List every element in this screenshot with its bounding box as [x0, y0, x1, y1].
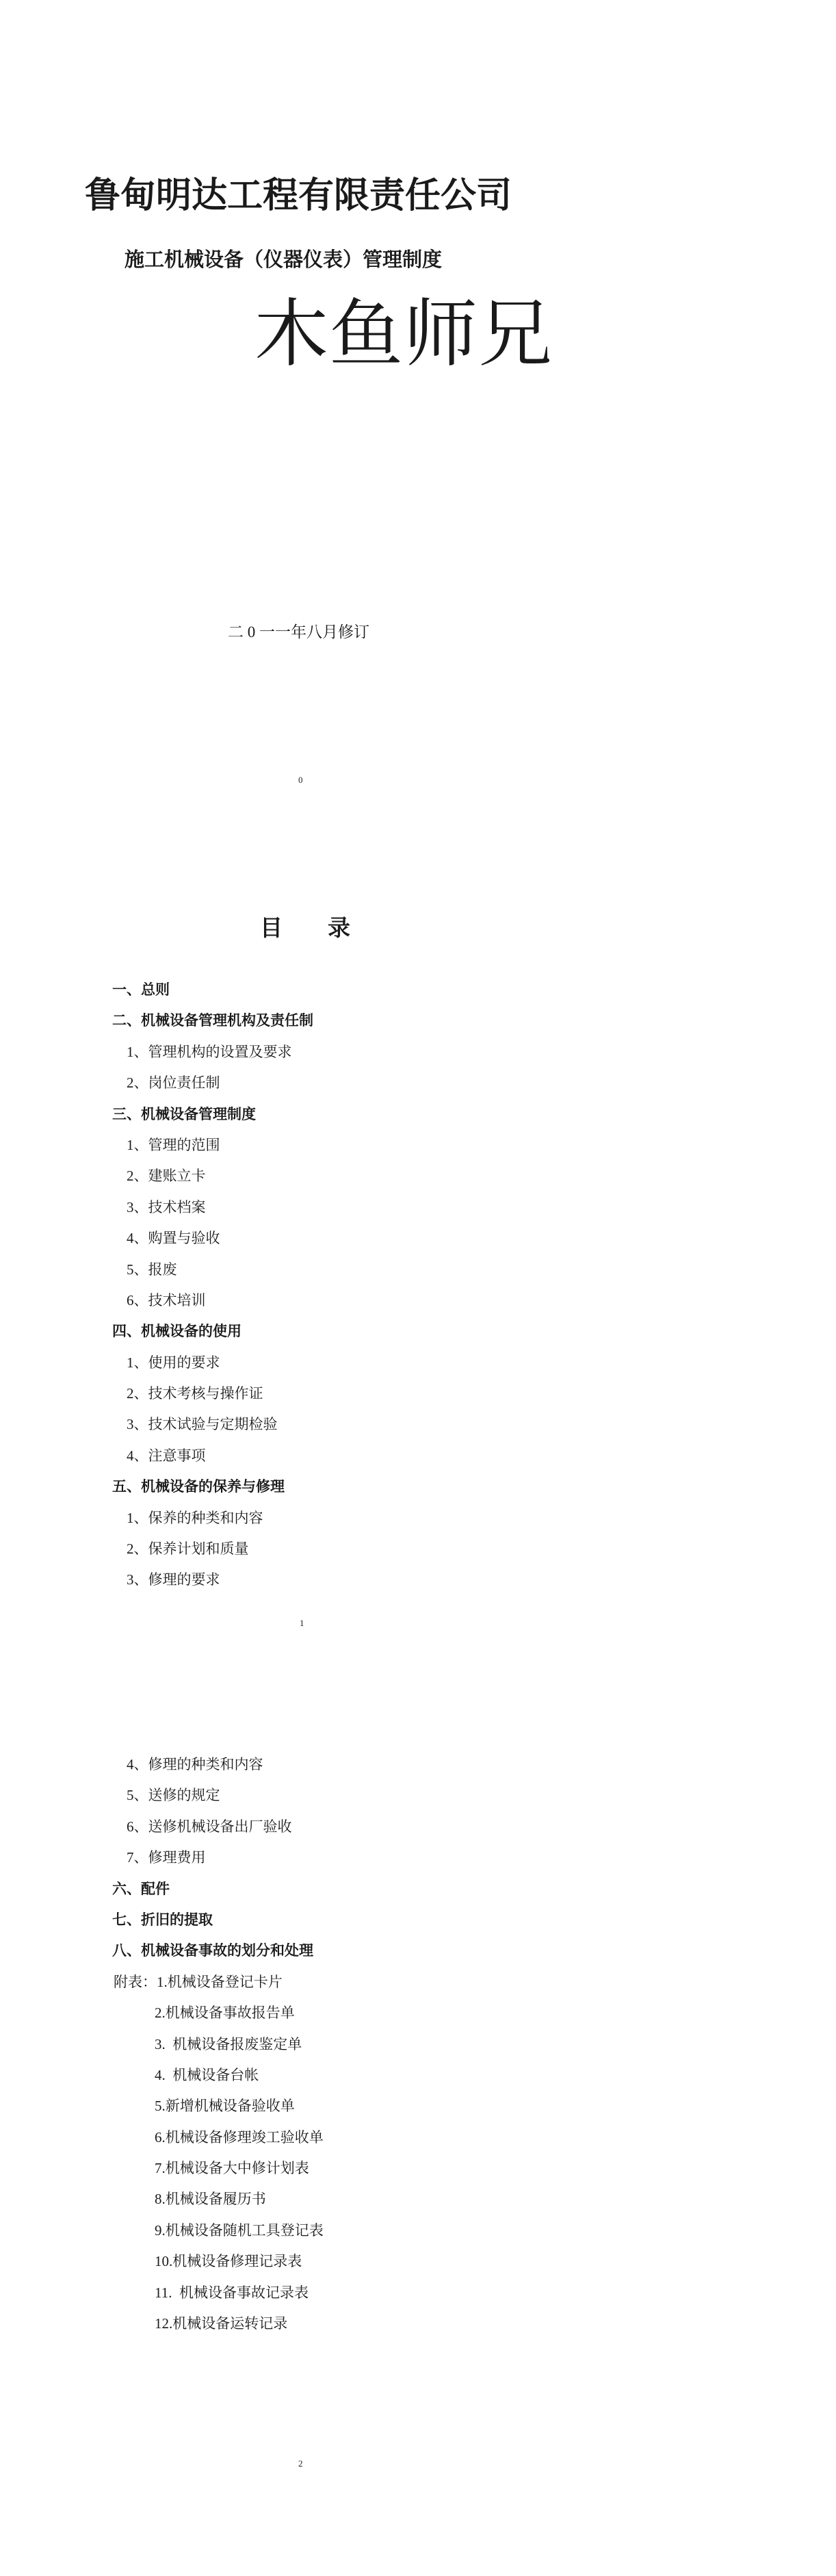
company-title: 鲁甸明达工程有限责任公司	[85, 166, 512, 218]
toc-item: 9.机械设备随机工具登记表	[0, 2215, 836, 2246]
toc-item: 4、购置与验收	[0, 1223, 836, 1254]
toc-item: 7.机械设备大中修计划表	[0, 2153, 836, 2184]
toc-item: 三、机械设备管理制度	[0, 1099, 836, 1130]
toc-item: 11. 机械设备事故记录表	[0, 2278, 836, 2308]
toc-item: 1、管理的范围	[0, 1130, 836, 1161]
toc-page2-list: 4、修理的种类和内容5、送修的规定6、送修机械设备出厂验收7、修理费用六、配件七…	[0, 1749, 836, 2339]
revision-date: 二 0 一一年八月修订	[228, 619, 369, 642]
toc-item: 10.机械设备修理记录表	[0, 2246, 836, 2277]
watermark-text: 木鱼师兄	[254, 294, 553, 374]
toc-item: 1、管理机构的设置及要求	[0, 1037, 836, 1068]
toc-item: 6、送修机械设备出厂验收	[0, 1812, 836, 1842]
toc-item: 12.机械设备运转记录	[0, 2308, 836, 2339]
toc-item: 6.机械设备修理竣工验收单	[0, 2122, 836, 2153]
toc-item: 1、保养的种类和内容	[0, 1503, 836, 1534]
toc-item: 5.新增机械设备验收单	[0, 2091, 836, 2122]
toc-heading: 目 录	[260, 910, 350, 942]
toc-item: 5、报废	[0, 1254, 836, 1285]
page-number-1: 1	[300, 1618, 304, 1629]
toc-item: 4、修理的种类和内容	[0, 1749, 836, 1780]
toc-item: 5、送修的规定	[0, 1780, 836, 1811]
toc-item: 2、保养计划和质量	[0, 1534, 836, 1564]
toc-item: 3、修理的要求	[0, 1564, 836, 1595]
page-number-2: 2	[298, 2458, 303, 2469]
toc-item: 1、使用的要求	[0, 1348, 836, 1378]
toc-item: 一、总则	[0, 975, 836, 1005]
toc-item: 4. 机械设备台帐	[0, 2060, 836, 2091]
toc-item: 2、岗位责任制	[0, 1068, 836, 1098]
toc-item: 6、技术培训	[0, 1285, 836, 1316]
toc-item: 3. 机械设备报废鉴定单	[0, 2029, 836, 2060]
toc-item: 2.机械设备事故报告单	[0, 1998, 836, 2028]
document-subtitle: 施工机械设备（仪器仪表）管理制度	[125, 244, 442, 272]
toc-item: 3、技术档案	[0, 1192, 836, 1223]
toc-item: 3、技术试验与定期检验	[0, 1409, 836, 1440]
toc-item: 七、折旧的提取	[0, 1905, 836, 1935]
page-number-0: 0	[298, 775, 303, 786]
toc-page1-list: 一、总则二、机械设备管理机构及责任制1、管理机构的设置及要求2、岗位责任制三、机…	[0, 975, 836, 1596]
toc-item: 2、建账立卡	[0, 1161, 836, 1192]
toc-item: 五、机械设备的保养与修理	[0, 1471, 836, 1502]
toc-item: 六、配件	[0, 1874, 836, 1905]
document-canvas: { "cover": { "company": "鲁甸明达工程有限责任公司", …	[0, 0, 836, 2576]
toc-item: 2、技术考核与操作证	[0, 1378, 836, 1409]
toc-item: 4、注意事项	[0, 1441, 836, 1471]
toc-item: 四、机械设备的使用	[0, 1316, 836, 1347]
toc-item: 附表：1.机械设备登记卡片	[0, 1967, 836, 1998]
toc-item: 7、修理费用	[0, 1842, 836, 1873]
toc-item: 8.机械设备履历书	[0, 2184, 836, 2215]
toc-item: 八、机械设备事故的划分和处理	[0, 1935, 836, 1966]
toc-item: 二、机械设备管理机构及责任制	[0, 1005, 836, 1036]
